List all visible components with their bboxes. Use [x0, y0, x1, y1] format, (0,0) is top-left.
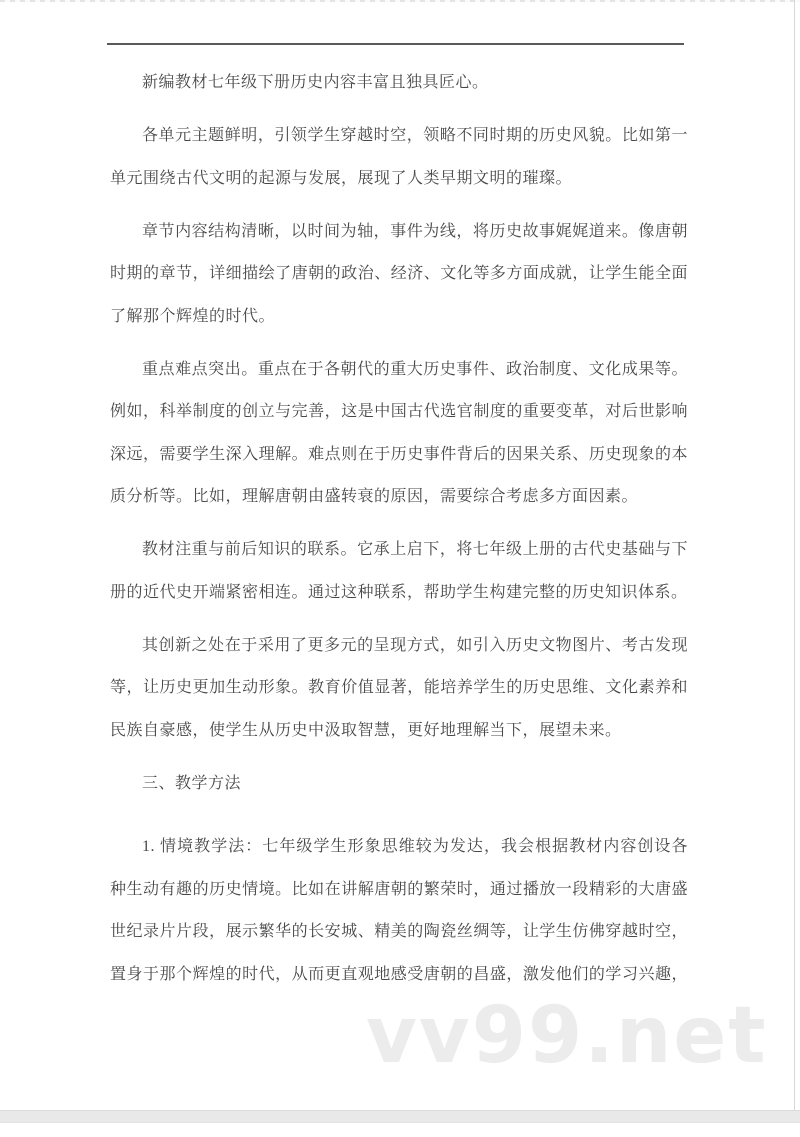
text-line: 置身于那个辉煌的时代，从而更直观地感受唐朝的昌盛，激发他们的学习兴趣， [110, 954, 688, 997]
page-gap-band [0, 1110, 800, 1123]
header-separator-rule [107, 43, 684, 45]
text-line: 1. 情境教学法：七年级学生形象思维较为发达，我会根据教材内容创设各 [110, 826, 688, 869]
text-line: 各单元主题鲜明，引领学生穿越时空，领略不同时期的历史风貌。比如第一 [110, 115, 688, 158]
text-line: 民族自豪感，使学生从历史中汲取智慧，更好地理解当下，展望未来。 [110, 710, 688, 753]
paragraph: 新编教材七年级下册历史内容丰富且独具匠心。 [110, 62, 688, 105]
text-line: 三、教学方法 [110, 763, 688, 806]
text-line: 时期的章节，详细描绘了唐朝的政治、经济、文化等多方面成就，让学生能全面 [110, 253, 688, 296]
text-line: 册的近代史开端紧密相连。通过这种联系，帮助学生构建完整的历史知识体系。 [110, 572, 688, 615]
paragraph: 各单元主题鲜明，引领学生穿越时空，领略不同时期的历史风貌。比如第一单元围绕古代文… [110, 115, 688, 200]
section-heading: 三、教学方法 [110, 763, 688, 806]
text-line: 教材注重与前后知识的联系。它承上启下，将七年级上册的古代史基础与下 [110, 529, 688, 572]
site-watermark: vv99.net [366, 997, 768, 1075]
text-line: 重点难点突出。重点在于各朝代的重大历史事件、政治制度、文化成果等。 [110, 349, 688, 392]
text-line: 其创新之处在于采用了更多元的呈现方式，如引入历史文物图片、考古发现 [110, 625, 688, 668]
text-line: 等，让历史更加生动形象。教育价值显著，能培养学生的历史思维、文化素养和 [110, 667, 688, 710]
page-top-edge [0, 0, 800, 2]
text-line: 新编教材七年级下册历史内容丰富且独具匠心。 [110, 62, 688, 105]
paragraph: 章节内容结构清晰，以时间为轴，事件为线，将历史故事娓娓道来。像唐朝时期的章节，详… [110, 211, 688, 339]
text-line: 世纪录片片段，展示繁华的长安城、精美的陶瓷丝绸等，让学生仿佛穿越时空， [110, 911, 688, 954]
paragraph: 其创新之处在于采用了更多元的呈现方式，如引入历史文物图片、考古发现等，让历史更加… [110, 625, 688, 753]
text-line: 质分析等。比如，理解唐朝由盛转衰的原因，需要综合考虑多方面因素。 [110, 476, 688, 519]
text-line: 深远，需要学生深入理解。难点则在于历史事件背后的因果关系、历史现象的本 [110, 434, 688, 477]
document-body: 新编教材七年级下册历史内容丰富且独具匠心。各单元主题鲜明，引领学生穿越时空，领略… [110, 62, 688, 1007]
text-line: 种生动有趣的历史情境。比如在讲解唐朝的繁荣时，通过播放一段精彩的大唐盛 [110, 869, 688, 912]
document-viewer: vv99.net 新编教材七年级下册历史内容丰富且独具匠心。各单元主题鲜明，引领… [0, 0, 800, 1137]
text-line: 章节内容结构清晰，以时间为轴，事件为线，将历史故事娓娓道来。像唐朝 [110, 211, 688, 254]
paragraph: 重点难点突出。重点在于各朝代的重大历史事件、政治制度、文化成果等。例如，科举制度… [110, 349, 688, 519]
page-right-edge [794, 0, 795, 1137]
paragraph: 教材注重与前后知识的联系。它承上启下，将七年级上册的古代史基础与下册的近代史开端… [110, 529, 688, 614]
paragraph: 1. 情境教学法：七年级学生形象思维较为发达，我会根据教材内容创设各种生动有趣的… [110, 826, 688, 996]
text-line: 了解那个辉煌的时代。 [110, 296, 688, 339]
next-page-top [0, 1123, 800, 1137]
text-line: 单元围绕古代文明的起源与发展，展现了人类早期文明的璀璨。 [110, 158, 688, 201]
text-line: 例如，科举制度的创立与完善，这是中国古代选官制度的重要变革，对后世影响 [110, 391, 688, 434]
